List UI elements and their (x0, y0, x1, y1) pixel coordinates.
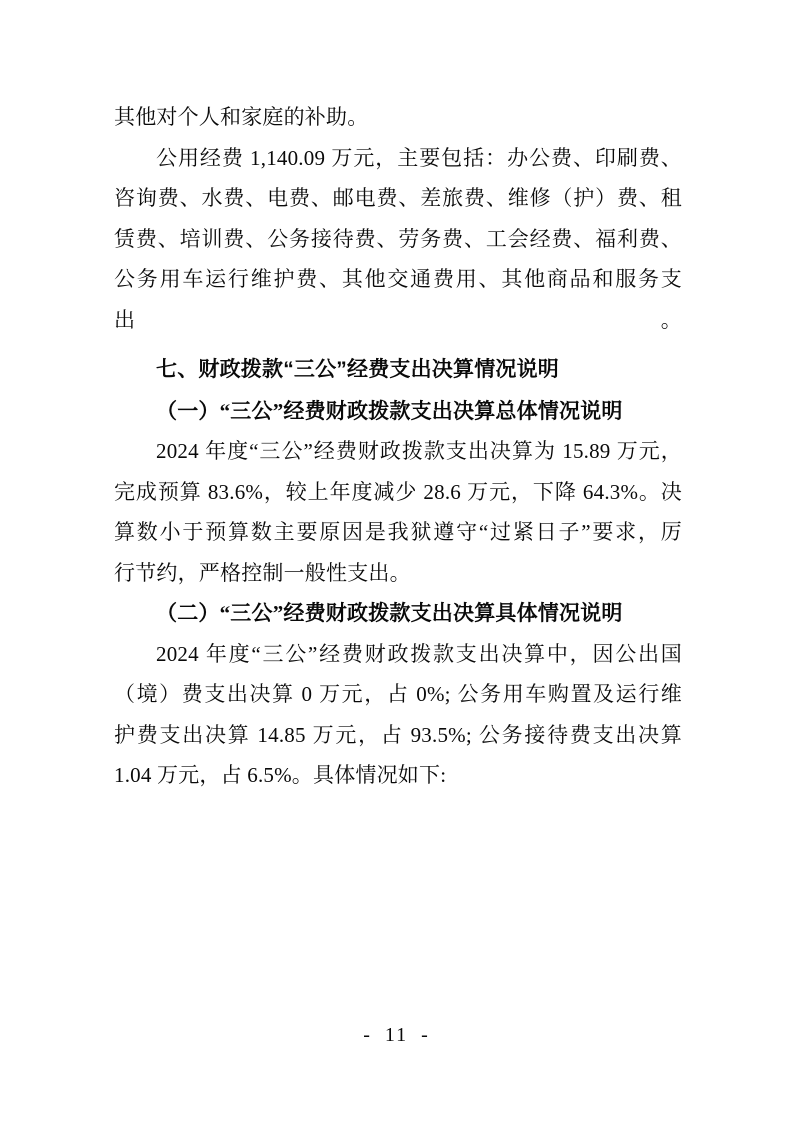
page-footer: - 11 - (0, 1022, 793, 1048)
section-7-heading: 七、财政拨款“三公”经费支出决算情况说明 (114, 350, 682, 391)
subsection-2-heading: （二）“三公”经费财政拨款支出决算具体情况说明 (114, 593, 682, 634)
page-number: - 11 - (363, 1024, 430, 1046)
body-line-public-funds-3: 赁费、培训费、公务接待费、劳务费、工会经费、福利费、 (114, 219, 682, 260)
document-body: 其他对个人和家庭的补助。 公用经费 1,140.09 万元，主要包括：办公费、印… (114, 97, 682, 796)
body-line-public-funds-4: 公务用车运行维护费、其他交通费用、其他商品和服务支出。 (114, 259, 682, 340)
document-page: 其他对个人和家庭的补助。 公用经费 1,140.09 万元，主要包括：办公费、印… (0, 0, 793, 1122)
body-line-public-funds-1: 公用经费 1,140.09 万元，主要包括：办公费、印刷费、 (114, 138, 682, 179)
body-line-sub2-1: 2024 年度“三公”经费财政拨款支出决算中，因公出国 (114, 634, 682, 675)
body-line-sub1-1: 2024 年度“三公”经费财政拨款支出决算为 15.89 万元， (114, 431, 682, 472)
body-line-sub2-3: 护费支出决算 14.85 万元，占 93.5%; 公务接待费支出决算 (114, 715, 682, 756)
body-line-sub1-2: 完成预算 83.6%，较上年度减少 28.6 万元，下降 64.3%。决 (114, 472, 682, 513)
subsection-1-heading: （一）“三公”经费财政拨款支出决算总体情况说明 (114, 391, 682, 432)
body-line-sub1-3: 算数小于预算数主要原因是我狱遵守“过紧日子”要求，厉 (114, 512, 682, 553)
body-line-sub2-4: 1.04 万元，占 6.5%。具体情况如下: (114, 755, 682, 796)
body-line-public-funds-2: 咨询费、水费、电费、邮电费、差旅费、维修（护）费、租 (114, 178, 682, 219)
body-line-intro-tail: 其他对个人和家庭的补助。 (114, 97, 682, 138)
body-line-sub1-4: 行节约，严格控制一般性支出。 (114, 553, 682, 594)
body-line-sub2-2: （境）费支出决算 0 万元，占 0%; 公务用车购置及运行维 (114, 674, 682, 715)
